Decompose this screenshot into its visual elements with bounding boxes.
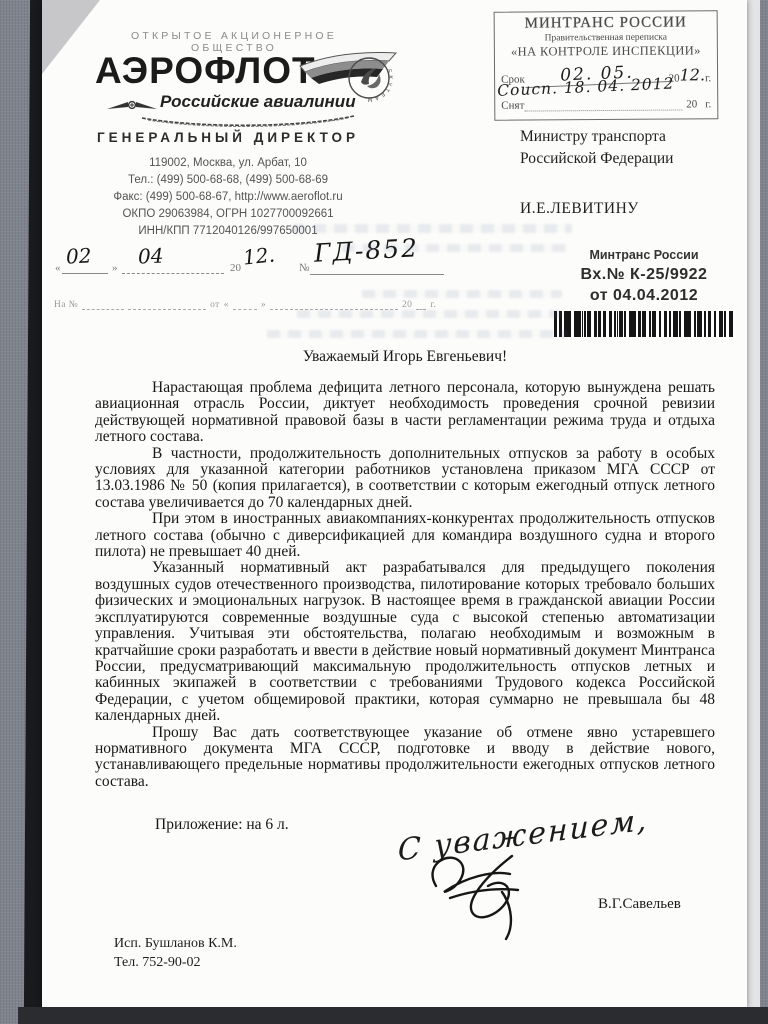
month-underline bbox=[122, 273, 224, 274]
bleed-through-artifact bbox=[297, 310, 567, 318]
paragraph: Прошу Вас дать соответствующее указание … bbox=[95, 725, 715, 791]
ref-year-suffix: г. bbox=[430, 300, 436, 310]
address-line: Тел.: (499) 500-68-68, (499) 500-68-69 bbox=[70, 172, 386, 189]
ref-blank-4 bbox=[270, 300, 398, 310]
printed-year-prefix: 20 bbox=[230, 262, 241, 274]
recipient-name: И.Е.ЛЕВИТИНУ bbox=[520, 198, 673, 220]
paragraph: В частности, продолжительность дополните… bbox=[95, 446, 715, 512]
ref-open-quote: « bbox=[224, 300, 229, 310]
brand-subtitle: Российские авиалинии bbox=[160, 92, 356, 112]
incoming-stamp-date: от 04.04.2012 bbox=[546, 287, 742, 305]
snyat-suffix: г. bbox=[705, 98, 711, 110]
executor-block: Исп. Бушланов К.М. Тел. 752-90-02 bbox=[114, 934, 237, 972]
ref-blank-5 bbox=[416, 300, 426, 310]
ref-blank-2 bbox=[128, 300, 206, 310]
ref-blank-3 bbox=[233, 300, 257, 310]
recipient-line1: Министру транспорта bbox=[520, 126, 673, 148]
bleed-through-artifact bbox=[362, 290, 562, 298]
signer-name: В.Г.Савельев bbox=[598, 896, 681, 913]
control-stamp: МИНТРАНС РОССИИ Правительственная перепи… bbox=[494, 10, 719, 121]
ref-close-quote: » bbox=[261, 300, 266, 310]
handwritten-month: 04 bbox=[138, 244, 164, 269]
control-stamp-snyat-row: Снят 20 г. bbox=[501, 97, 711, 111]
letter-page: ОТКРЫТОЕ АКЦИОНЕРНОЕ ОБЩЕСТВО АЭРОФЛОТ Р… bbox=[42, 0, 747, 1008]
incoming-stamp-org: Минтранс России bbox=[546, 248, 742, 262]
control-stamp-line3: «НА КОНТРОЛЕ ИНСПЕКЦИИ» bbox=[495, 43, 717, 60]
address-line: Факс: (499) 500-68-67, http://www.aerofl… bbox=[70, 189, 386, 206]
reference-line: На № от « » 20 г. bbox=[54, 300, 436, 310]
executor-phone: Тел. 752-90-02 bbox=[114, 953, 237, 972]
bleed-through-artifact bbox=[292, 224, 572, 233]
day-underline bbox=[62, 273, 108, 274]
bleed-through-artifact bbox=[342, 244, 567, 252]
number-sign: № bbox=[299, 262, 310, 274]
srok-suffix: г. bbox=[705, 72, 711, 84]
address-line: 119002, Москва, ул. Арбат, 10 bbox=[70, 155, 386, 172]
number-underline bbox=[310, 274, 444, 275]
letter-body: Нарастающая проблема дефицита летного пе… bbox=[95, 380, 715, 790]
aeroflot-logo-text: АЭРОФЛОТ bbox=[95, 50, 316, 92]
ref-ot-label: от bbox=[210, 300, 220, 310]
srok-handwritten-year: 12. bbox=[680, 65, 706, 84]
salutation: Уважаемый Игорь Евгеньевич! bbox=[95, 348, 715, 366]
paragraph: При этом в иностранных авиакомпаниях-кон… bbox=[95, 511, 715, 560]
incoming-stamp-number: Вх.№ К-25/9922 bbox=[546, 266, 742, 284]
control-stamp-subtitle: Правительственная переписка bbox=[495, 32, 717, 44]
snyat-year: 20 bbox=[686, 98, 697, 110]
close-quote: » bbox=[112, 262, 118, 274]
snyat-label: Снят bbox=[501, 100, 524, 112]
page-corner-fold bbox=[42, 0, 100, 74]
recipient-line2: Российской Федерации bbox=[520, 148, 673, 170]
recipient-block: Министру транспорта Российской Федерации… bbox=[520, 126, 673, 220]
position-title: ГЕНЕРАЛЬНЫЙ ДИРЕКТОР bbox=[82, 130, 374, 145]
attachment-note: Приложение: на 6 л. bbox=[155, 816, 289, 834]
scanned-letter: ОТКРЫТОЕ АКЦИОНЕРНОЕ ОБЩЕСТВО АЭРОФЛОТ Р… bbox=[0, 0, 768, 1024]
barcode bbox=[554, 311, 734, 337]
scanner-edge-right bbox=[747, 0, 760, 1008]
handwritten-year: 12. bbox=[242, 242, 276, 269]
snyat-blank-line bbox=[524, 97, 682, 111]
scanner-edge-bottom bbox=[18, 1007, 768, 1024]
incoming-stamp: Минтранс России Вх.№ К-25/9922 от 04.04.… bbox=[546, 248, 742, 337]
ref-year-prefix: 20 bbox=[402, 300, 412, 310]
bleed-through-artifact bbox=[267, 330, 567, 338]
skyteam-logo: SKYTEAM bbox=[343, 52, 395, 109]
executor-name: Исп. Бушланов К.М. bbox=[114, 934, 237, 953]
address-line: ОКПО 29063984, ОГРН 1027700092661 bbox=[70, 206, 386, 223]
open-quote: « bbox=[55, 262, 61, 274]
paragraph: Нарастающая проблема дефицита летного пе… bbox=[95, 380, 715, 446]
control-stamp-title: МИНТРАНС РОССИИ bbox=[495, 14, 717, 33]
signature-scribble bbox=[414, 846, 574, 946]
paragraph: Указанный нормативный акт разрабатывался… bbox=[95, 560, 715, 724]
handwritten-day: 02 bbox=[65, 243, 92, 268]
ref-na-label: На № bbox=[54, 300, 78, 310]
ref-blank-1 bbox=[82, 300, 124, 310]
